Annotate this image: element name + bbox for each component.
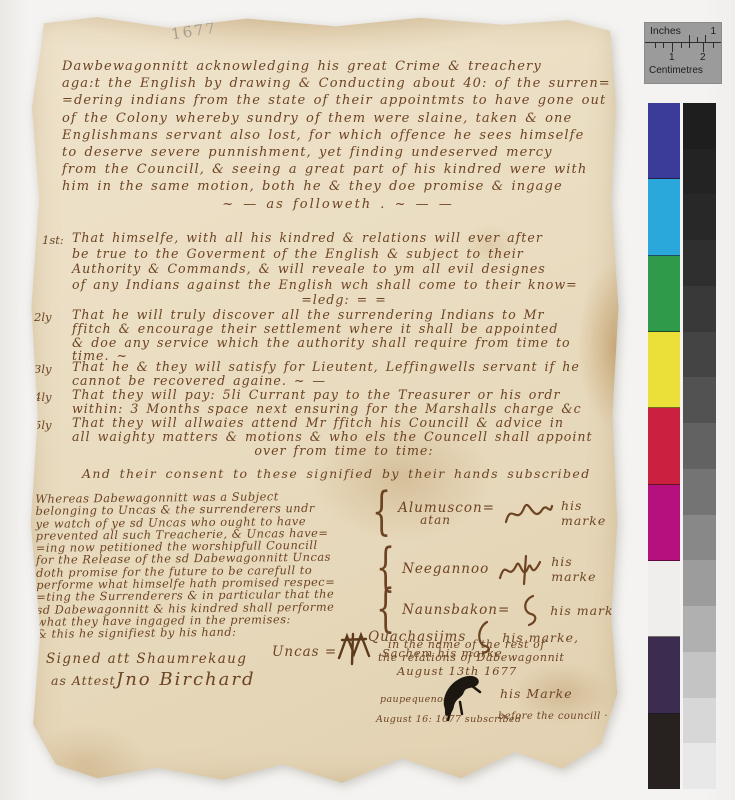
gray-step xyxy=(683,698,716,744)
sachem-mark-label: Sachem his marke xyxy=(382,646,502,660)
gray-step xyxy=(683,377,716,423)
manuscript-line: to deserve severe punnishment, yet findi… xyxy=(62,144,614,161)
manuscript-line: all waighty matters & motions & who els … xyxy=(72,430,616,444)
manuscript-line: ~ — as followeth . ~ — — xyxy=(62,196,614,213)
color-patch xyxy=(648,408,680,484)
manuscript-line: ffitch & encourage their settlement wher… xyxy=(72,322,616,336)
article-2-text: That he will truly discover all the surr… xyxy=(72,308,616,363)
brace-icon: { xyxy=(372,488,391,539)
gray-step xyxy=(683,606,716,652)
manuscript-photo: 1677 Dawbewagonnitt acknowledging his gr… xyxy=(26,14,622,786)
manuscript-line: Authority & Commands, & will reveale to … xyxy=(72,261,616,277)
signer-name: Naunsbakon= xyxy=(402,602,510,618)
recorder-signature: Jno Birchard xyxy=(116,669,256,690)
color-patch xyxy=(648,714,680,789)
gray-step xyxy=(683,286,716,332)
consent-line: And their consent to these signified by … xyxy=(82,466,591,481)
manuscript-line: aga:t the English by drawing & Conductin… xyxy=(62,75,614,92)
before-council-line: before the councill · xyxy=(498,711,608,722)
gray-step xyxy=(683,560,716,606)
gray-step xyxy=(683,332,716,378)
ruler-tick xyxy=(681,43,682,48)
manuscript-line: & doe any service which the authority sh… xyxy=(72,336,616,350)
article-2-number: 2ly xyxy=(34,310,52,324)
color-patch xyxy=(648,256,680,332)
manuscript-line: That he & they will satisfy for Lieutent… xyxy=(72,360,616,374)
manuscript-line: =dering indians from the state of their … xyxy=(62,92,614,109)
signature-mark-icon xyxy=(502,498,554,528)
manuscript-line: be true to the Goverment of the English … xyxy=(72,246,616,262)
mark-label: his marke xyxy=(561,498,622,528)
ruler-tick xyxy=(713,43,714,48)
ruler-tick xyxy=(663,43,664,48)
signed-at-line: Signed att Shaumrekaug xyxy=(46,651,247,667)
cm-tick-label: 1 xyxy=(669,52,675,63)
gray-step xyxy=(683,240,716,286)
color-patch xyxy=(648,179,680,255)
manuscript-line: & this he signifiest by his hand: xyxy=(37,624,385,640)
gray-step xyxy=(683,103,716,149)
uncas-mark-icon xyxy=(334,630,374,668)
gray-step xyxy=(683,743,716,789)
manuscript-line: over from time to time: xyxy=(72,444,616,458)
centimetres-label: Centimetres xyxy=(649,65,703,76)
manuscript-line: him in the same motion, both he & they d… xyxy=(62,178,614,195)
gray-step xyxy=(683,423,716,469)
manuscript-line: That he will truly discover all the surr… xyxy=(72,308,616,322)
article-4-number: 4ly xyxy=(34,390,52,404)
gray-step xyxy=(683,469,716,515)
color-patch xyxy=(648,485,680,561)
calibration-ruler: Inches 1 1 2 Centimetres xyxy=(645,23,721,83)
signer-name: Neegannoo xyxy=(402,561,489,577)
cm-tick-label: 2 xyxy=(700,52,706,63)
gray-step xyxy=(683,652,716,698)
manuscript-line: =ledg: = = xyxy=(72,292,616,308)
article-5-text: That they will allwaies attend Mr ffitch… xyxy=(72,416,616,457)
manuscript-line: of any Indians against the English wch s… xyxy=(72,277,616,293)
manuscript-page: 1677 Dawbewagonnitt acknowledging his gr… xyxy=(26,14,622,786)
gray-step xyxy=(683,149,716,195)
inches-label: Inches xyxy=(650,25,681,37)
pencil-date-annotation: 1677 xyxy=(170,18,218,43)
ruler-tick xyxy=(655,43,656,48)
color-bar xyxy=(648,103,680,789)
signature-mark-icon xyxy=(496,552,544,586)
article-5-number: 5ly xyxy=(34,418,52,432)
ruler-tick xyxy=(689,43,690,48)
ruler-line xyxy=(645,42,721,43)
manuscript-line: cannot be recovered againe. ~ — xyxy=(72,374,616,388)
manuscript-line: Englishmans servant also lost, for which… xyxy=(62,127,614,144)
signature-row: { Alumuscon= atan his marke xyxy=(372,498,622,528)
article-3-text: That he & they will satisfy for Lieutent… xyxy=(72,360,616,388)
manuscript-line: Dawbewagonnitt acknowledging his great C… xyxy=(62,58,614,75)
manuscript-line: That they will pay: 5li Currant pay to t… xyxy=(72,388,616,402)
gray-step xyxy=(683,515,716,561)
ruler-tick xyxy=(703,43,704,52)
manuscript-line: of the Colony whereby sundry of them wer… xyxy=(62,110,614,127)
color-patch xyxy=(648,637,680,713)
manuscript-line: That they will allwaies attend Mr ffitch… xyxy=(72,416,616,430)
color-patch xyxy=(648,561,680,637)
article-1-number: 1st: xyxy=(42,233,64,247)
manuscript-line: within: 3 Months space next ensuring for… xyxy=(72,402,616,416)
ruler-tick xyxy=(705,35,706,42)
color-patch xyxy=(648,103,680,179)
attest-label: as Attest xyxy=(51,673,116,688)
color-patch xyxy=(648,332,680,408)
photographed-manuscript: { "manuscript": { "pencil_note": "1677",… xyxy=(0,0,735,800)
signature-row: { Neegannoo his marke xyxy=(376,552,622,586)
uncas-name: Uncas = xyxy=(272,644,337,660)
mark-label: his marke xyxy=(550,603,622,618)
grayscale-bar xyxy=(683,103,716,789)
paupequenock-mark-label: his Marke xyxy=(500,686,573,701)
article-3-number: 3ly xyxy=(34,362,52,376)
gray-step xyxy=(683,194,716,240)
whereas-paragraph: Whereas Dabewagonnitt was a Subjectbelon… xyxy=(35,489,385,640)
mark-label: his marke xyxy=(551,554,622,584)
manuscript-line: from the Councill, & seeing a great part… xyxy=(62,161,614,178)
ruler-tick xyxy=(689,35,690,42)
article-4-text: That they will pay: 5li Currant pay to t… xyxy=(72,388,616,416)
preamble-paragraph: Dawbewagonnitt acknowledging his great C… xyxy=(62,58,614,213)
manuscript-line: That himselfe, with all his kindred & re… xyxy=(72,230,616,246)
inch-tick-label: 1 xyxy=(710,26,716,37)
ruler-tick xyxy=(672,43,673,52)
signer-name: Alumuscon= atan xyxy=(398,500,495,527)
article-1-text: That himselfe, with all his kindred & re… xyxy=(72,230,616,308)
